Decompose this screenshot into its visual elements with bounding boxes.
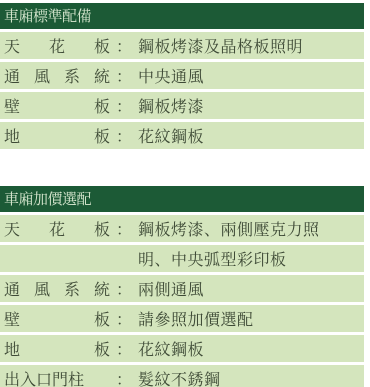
colon: ： xyxy=(110,94,138,117)
table-row-ceiling: 天 花 板 ： 鋼板烤漆、兩側壓克力照 xyxy=(0,215,364,242)
colon: ： xyxy=(110,64,138,87)
table-row-ventilation: 通 風 系 統 ： 兩側通風 xyxy=(0,275,364,302)
standard-equipment-table: 車廂標準配備 天 花 板 ： 鋼板烤漆及晶格板照明 通 風 系 統 ： 中央通風… xyxy=(0,3,364,149)
row-value: 髮紋不銹鋼 xyxy=(138,367,364,387)
colon: ： xyxy=(110,124,138,147)
row-label: 出入口門柱 xyxy=(0,367,110,387)
row-value: 兩側通風 xyxy=(138,277,364,300)
optional-equipment-table: 車廂加價選配 天 花 板 ： 鋼板烤漆、兩側壓克力照 明、中央弧型彩印板 通 風… xyxy=(0,186,364,387)
row-value: 鋼板烤漆及晶格板照明 xyxy=(138,34,364,57)
table-row-ventilation: 通 風 系 統 ： 中央通風 xyxy=(0,62,364,89)
row-label: 通 風 系 統 xyxy=(0,64,110,87)
table-row-door-pillar: 出入口門柱 ： 髮紋不銹鋼 xyxy=(0,365,364,387)
colon: ： xyxy=(110,367,138,387)
row-label: 通 風 系 統 xyxy=(0,277,110,300)
table-row-wall: 壁 板 ： 鋼板烤漆 xyxy=(0,92,364,119)
table-header: 車廂加價選配 xyxy=(0,186,364,212)
row-label: 地 板 xyxy=(0,124,110,147)
table-header: 車廂標準配備 xyxy=(0,3,364,29)
row-value: 請參照加價選配 xyxy=(138,307,364,330)
row-label: 壁 板 xyxy=(0,94,110,117)
row-label: 壁 板 xyxy=(0,307,110,330)
table-row-floor: 地 板 ： 花紋鋼板 xyxy=(0,122,364,149)
table-row-floor: 地 板 ： 花紋鋼板 xyxy=(0,335,364,362)
table-row-wall: 壁 板 ： 請參照加價選配 xyxy=(0,305,364,332)
row-value: 中央通風 xyxy=(138,64,364,87)
row-label: 天 花 板 xyxy=(0,34,110,57)
colon: ： xyxy=(110,34,138,57)
colon: ： xyxy=(110,337,138,360)
row-value: 花紋鋼板 xyxy=(138,124,364,147)
colon: ： xyxy=(110,277,138,300)
colon: ： xyxy=(110,307,138,330)
row-value: 鋼板烤漆、兩側壓克力照 xyxy=(138,217,364,240)
row-label: 天 花 板 xyxy=(0,217,110,240)
colon: ： xyxy=(110,217,138,240)
row-value: 明、中央弧型彩印板 xyxy=(0,247,364,270)
row-label: 地 板 xyxy=(0,337,110,360)
row-value: 花紋鋼板 xyxy=(138,337,364,360)
row-value: 鋼板烤漆 xyxy=(138,94,364,117)
table-row-ceiling: 天 花 板 ： 鋼板烤漆及晶格板照明 xyxy=(0,32,364,59)
table-row-ceiling-continued: 明、中央弧型彩印板 xyxy=(0,245,364,272)
